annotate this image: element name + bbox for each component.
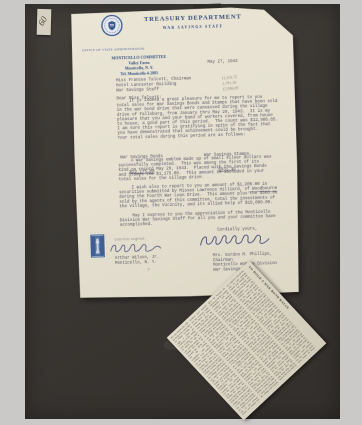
paragraph-2: A War Savings emblem made up of small si… [118,154,286,182]
signature-ink-left [107,240,163,256]
letterhead-office-line: OFFICE OF STATE ADMINISTRATOR [82,47,144,52]
address-line: War Savings Staff [116,86,192,93]
paragraph-1: It is indeed a great pleasure for me to … [116,94,284,140]
pencil-note-line: 12,906.85 [222,85,238,92]
countersigner-identity-block: Arthur Wilson, Jr.Monticello, N. Y. [115,255,159,266]
index-tab: 60 [37,9,52,35]
countersigner-line: Monticello, N. Y. [115,260,159,266]
recipient-address-block: Miss Frances Talcott, ChairmanHotel Lanc… [116,76,192,93]
scanned-album-page: 60 TREASURY DEPARTMENT WAR SAVINGS STAFF… [0,0,362,425]
signature-ink-right [196,230,273,251]
letter-date: May 27, 1943 [207,59,237,65]
letter-sheet: TREASURY DEPARTMENT WAR SAVINGS STAFF OF… [70,5,301,300]
pencil-mark: 7 [147,267,149,272]
pencil-annotations: 11,115.751,791.1012,906.85 [221,74,238,92]
letter-paper: TREASURY DEPARTMENT WAR SAVINGS STAFF OF… [70,5,301,300]
war-savings-stamp [88,232,107,259]
index-tab-label: 60 [36,15,49,28]
paragraph-4: May I express to you the appreciation of… [120,209,287,227]
committee-address-block: MONTICELLO COMMITTEEValley FarmMonticell… [105,54,173,77]
paragraph-3: I wish also to report to you an amount o… [119,181,287,209]
